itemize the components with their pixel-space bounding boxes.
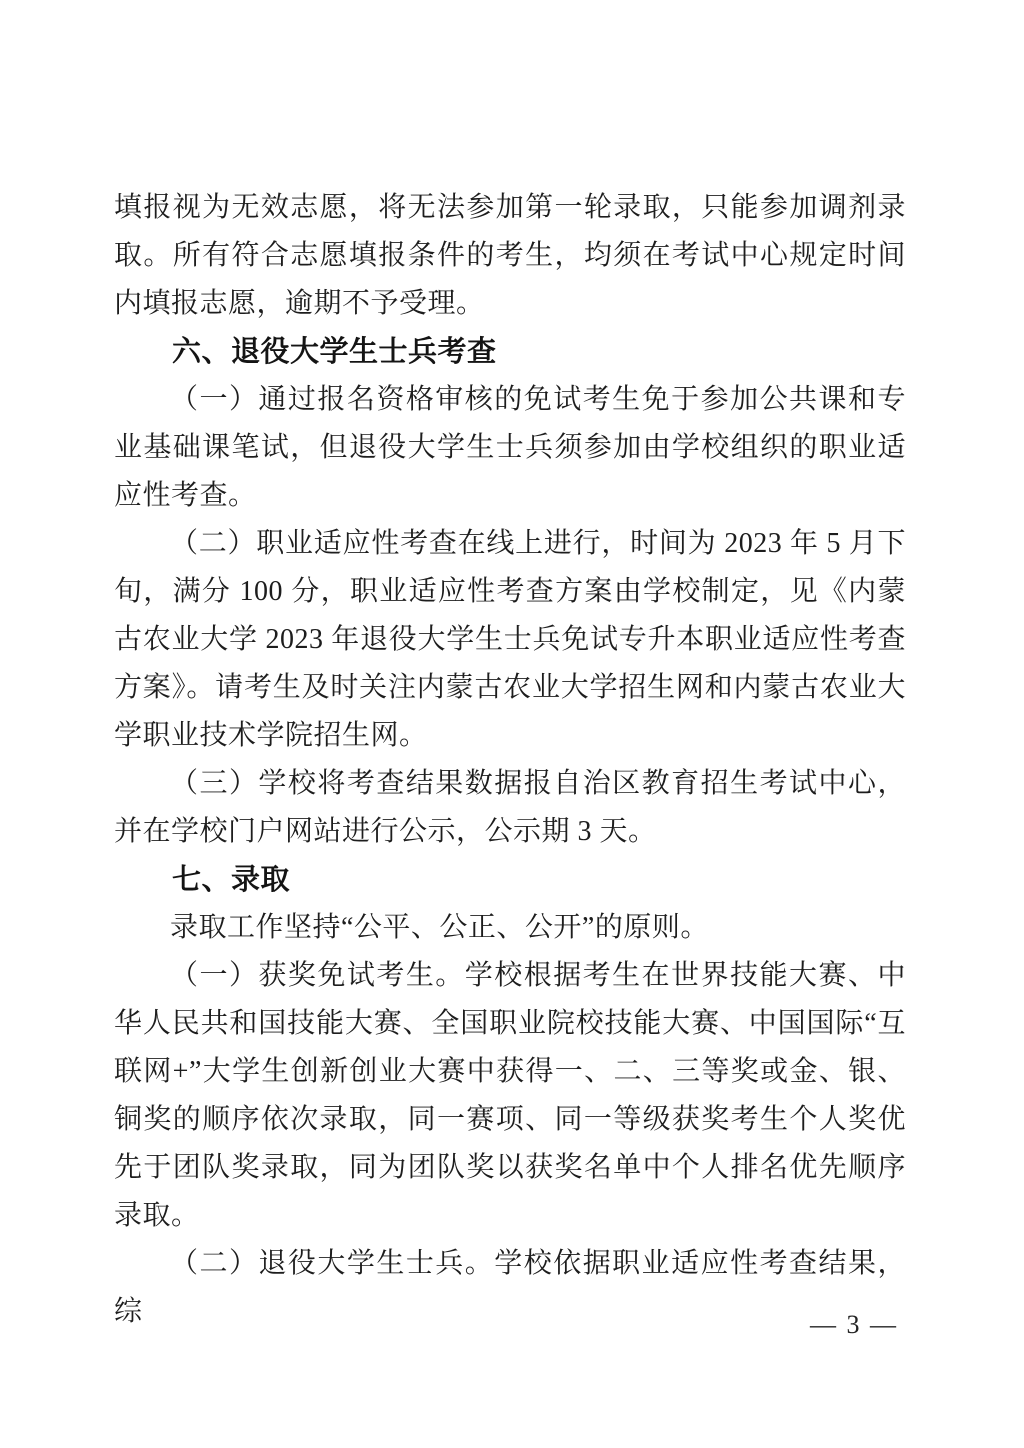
paragraph-seven-principle: 录取工作坚持“公平、公正、公开”的原则。	[114, 904, 906, 952]
paragraph-six-item-2: （二）职业适应性考查在线上进行，时间为 2023 年 5 月下旬，满分 100 …	[114, 520, 906, 760]
paragraph-seven-item-2: （二）退役大学生士兵。学校依据职业适应性考查结果，综	[114, 1240, 906, 1336]
document-page: 填报视为无效志愿，将无法参加第一轮录取，只能参加调剂录取。所有符合志愿填报条件的…	[0, 0, 1024, 1448]
page-number: — 3 —	[810, 1310, 898, 1340]
paragraph-seven-item-1: （一）获奖免试考生。学校根据考生在世界技能大赛、中华人民共和国技能大赛、全国职业…	[114, 952, 906, 1240]
paragraph-six-item-3: （三）学校将考查结果数据报自治区教育招生考试中心，并在学校门户网站进行公示，公示…	[114, 760, 906, 856]
paragraph-continuation: 填报视为无效志愿，将无法参加第一轮录取，只能参加调剂录取。所有符合志愿填报条件的…	[114, 184, 906, 328]
section-heading-seven: 七、录取	[114, 856, 906, 904]
document-content: 填报视为无效志愿，将无法参加第一轮录取，只能参加调剂录取。所有符合志愿填报条件的…	[114, 184, 906, 1336]
paragraph-six-item-1: （一）通过报名资格审核的免试考生免于参加公共课和专业基础课笔试，但退役大学生士兵…	[114, 376, 906, 520]
section-heading-six: 六、退役大学生士兵考查	[114, 328, 906, 376]
